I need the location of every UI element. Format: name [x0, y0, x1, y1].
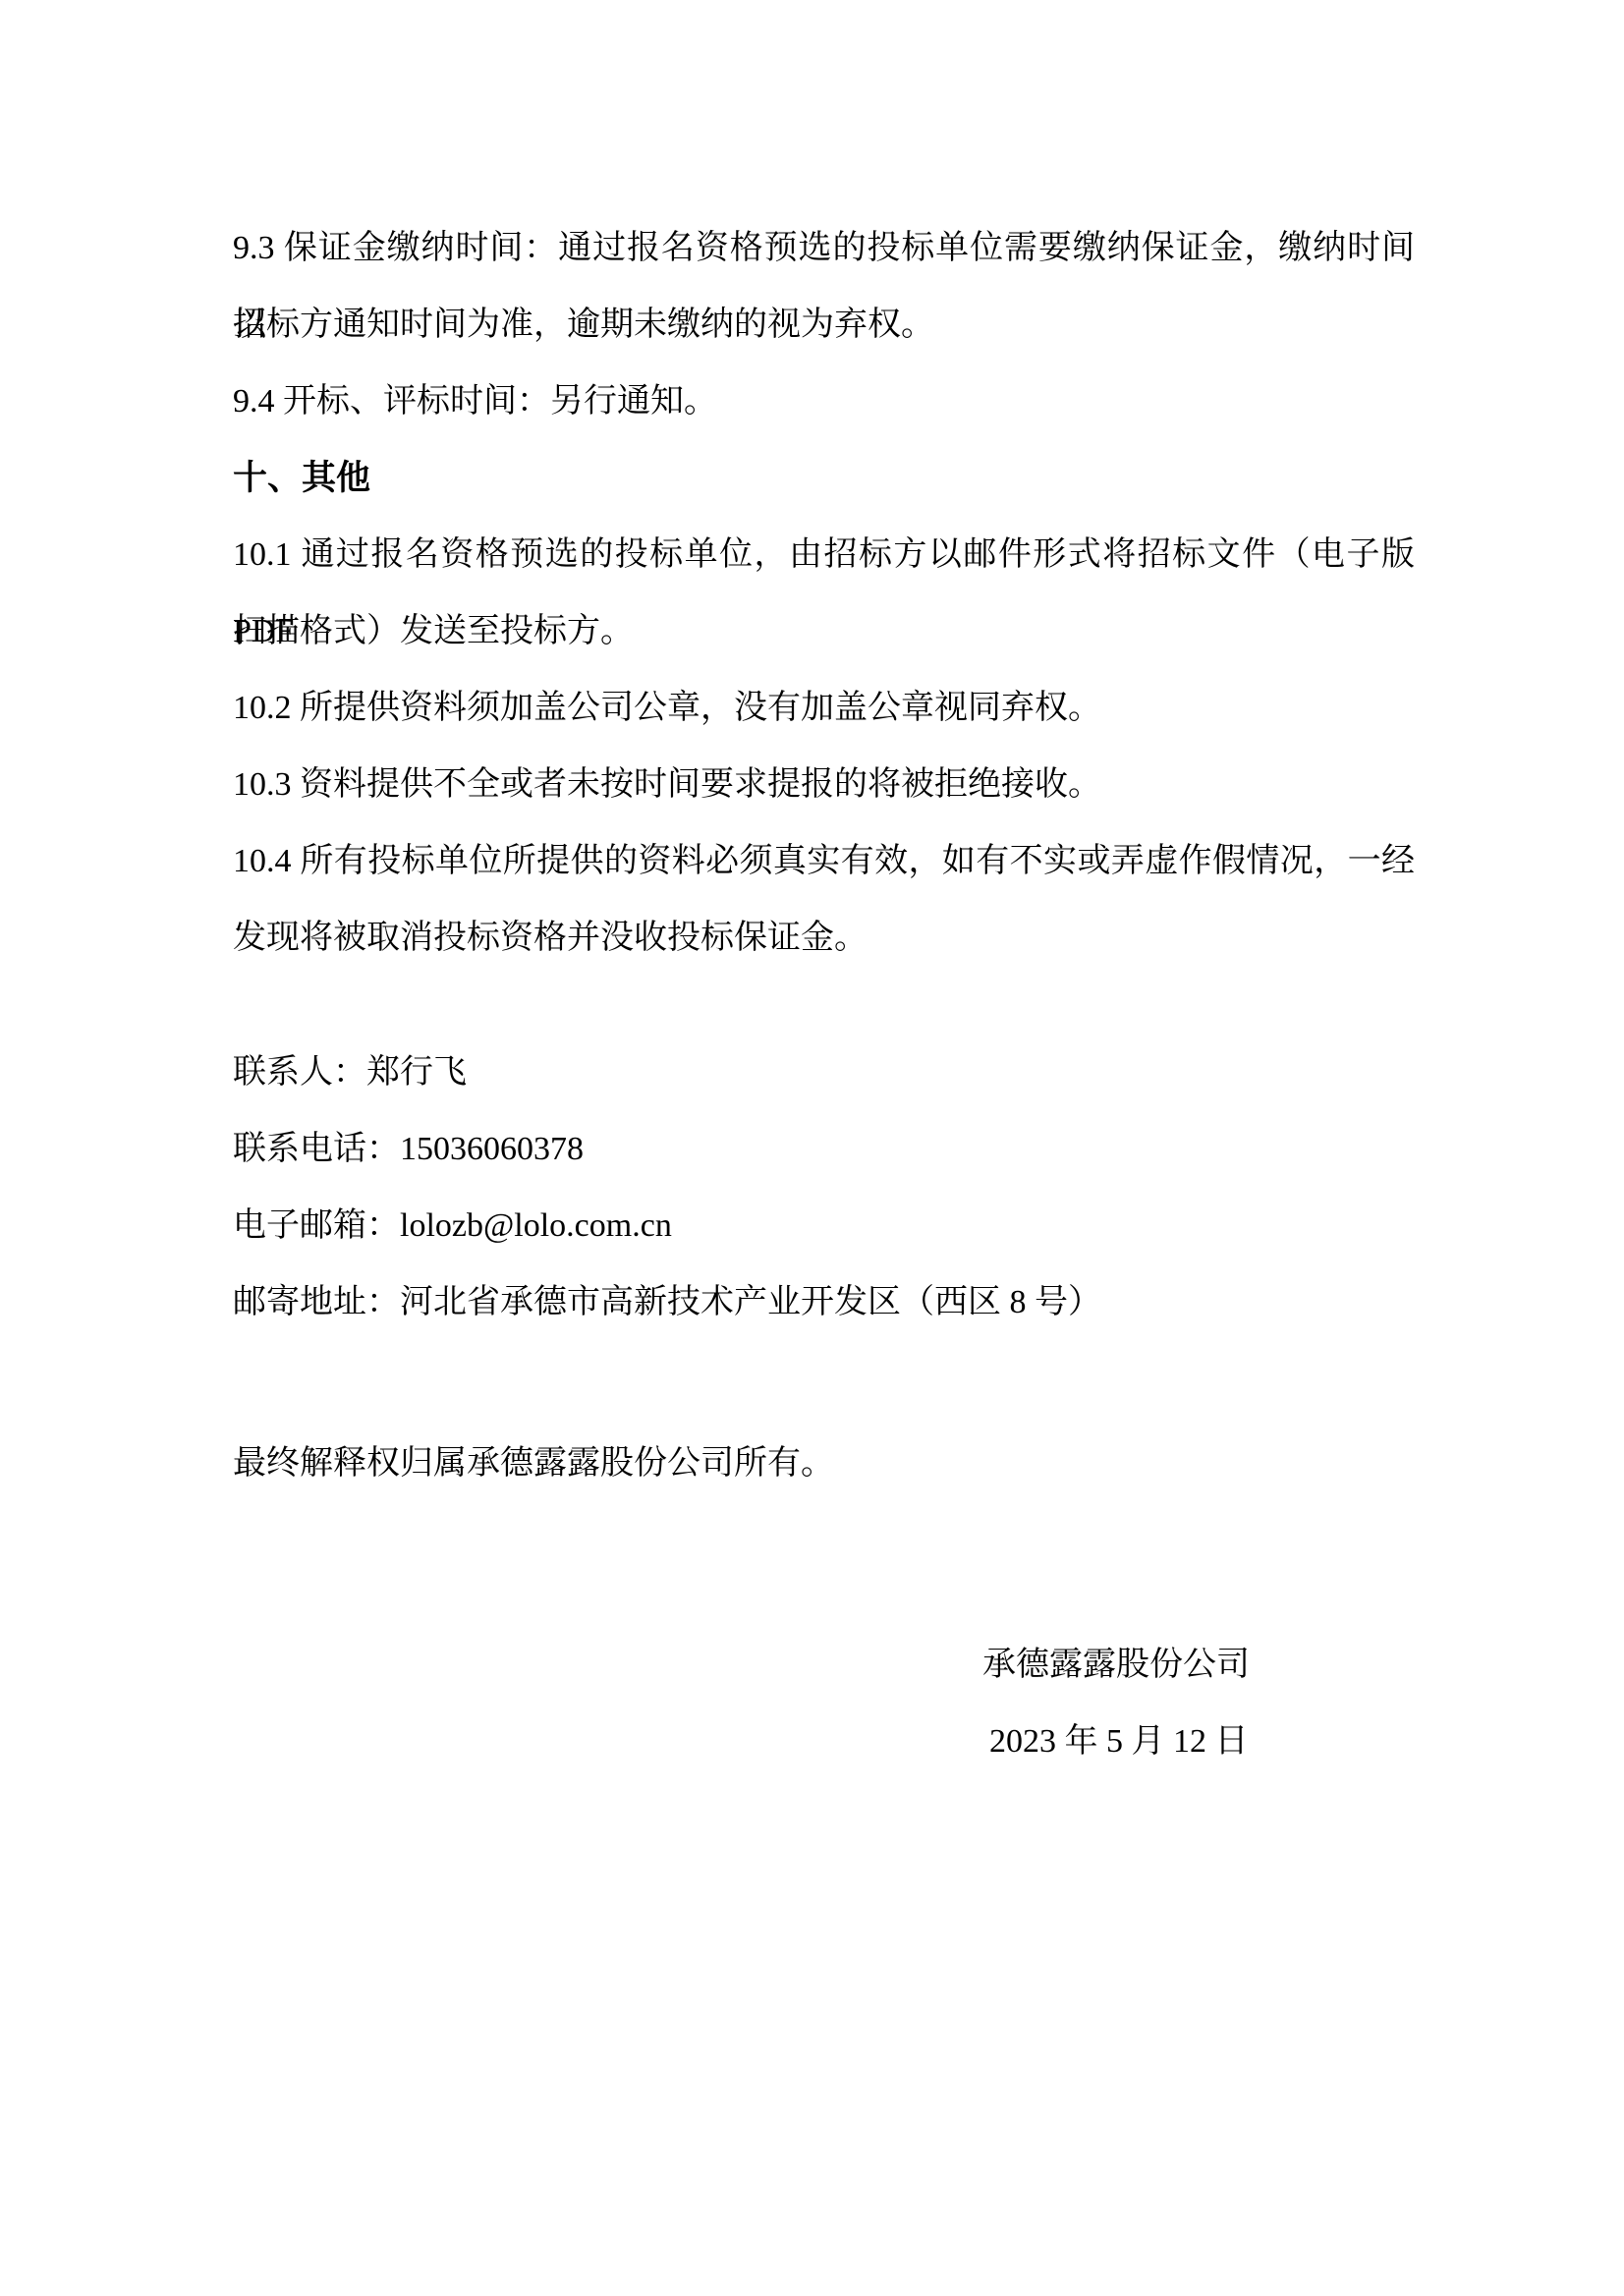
clause-9-4: 9.4 开标、评标时间：另行通知。 — [233, 364, 1415, 440]
section-10-heading: 十、其他 — [233, 440, 1415, 517]
clause-10-1-line-1: 10.1 通过报名资格预选的投标单位，由招标方以邮件形式将招标文件（电子版 PD… — [233, 517, 1415, 593]
clause-10-4-line-2: 发现将被取消投标资格并没收投标保证金。 — [233, 900, 1415, 977]
clause-10-4-line-1: 10.4 所有投标单位所提供的资料必须真实有效，如有不实或弄虚作假情况，一经 — [233, 823, 1415, 900]
clause-10-1-line-2: 扫描格式）发送至投标方。 — [233, 593, 1415, 670]
contact-address: 邮寄地址：河北省承德市高新技术产业开发区（西区 8 号） — [233, 1264, 1415, 1341]
blank-gap — [233, 1341, 1415, 1426]
blank-gap — [233, 1502, 1415, 1627]
signature-date: 2023 年 5 月 12 日 — [233, 1704, 1415, 1780]
contact-phone: 联系电话：15036060378 — [233, 1111, 1415, 1188]
blank-gap — [233, 977, 1415, 1035]
contact-person: 联系人：郑行飞 — [233, 1035, 1415, 1111]
signature-company-name: 承德露露股份公司 — [233, 1627, 1415, 1704]
clause-9-3-line-1: 9.3 保证金缴纳时间：通过报名资格预选的投标单位需要缴纳保证金，缴纳时间以 — [233, 210, 1415, 287]
document-page: 9.3 保证金缴纳时间：通过报名资格预选的投标单位需要缴纳保证金，缴纳时间以 招… — [0, 0, 1624, 2296]
clause-10-3: 10.3 资料提供不全或者未按时间要求提报的将被拒绝接收。 — [233, 747, 1415, 823]
clause-10-2: 10.2 所提供资料须加盖公司公章，没有加盖公章视同弃权。 — [233, 670, 1415, 747]
contact-email: 电子邮箱：lolozb@lolo.com.cn — [233, 1188, 1415, 1264]
clause-9-3-line-2: 招标方通知时间为准，逾期未缴纳的视为弃权。 — [233, 287, 1415, 364]
final-interpretation-note: 最终解释权归属承德露露股份公司所有。 — [233, 1426, 1415, 1502]
